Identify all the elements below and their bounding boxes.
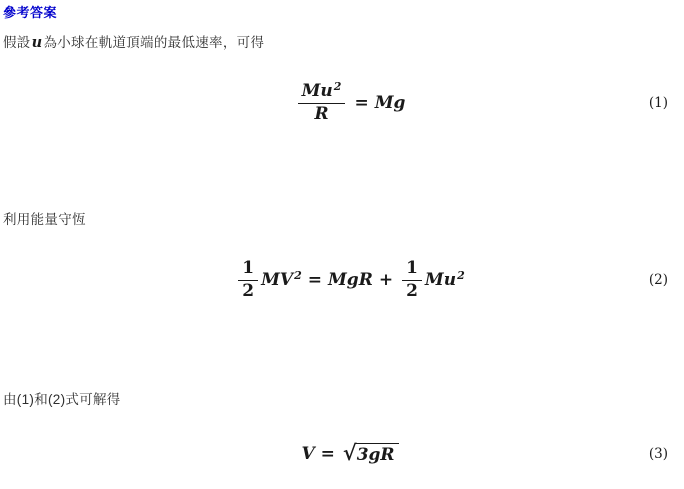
equation-3-number: (3)	[649, 446, 668, 462]
equation-2-fraction-half-left: 1 2	[238, 259, 258, 301]
answer-document: 參考答案 假設u為小球在軌道頂端的最低速率，可得 Mu2 R = Mg (1) …	[0, 0, 684, 489]
equation-2-top-speed-term: Mu2	[425, 270, 465, 290]
paragraph-assumption: 假設u為小球在軌道頂端的最低速率，可得	[3, 31, 264, 51]
equation-2-left-fraction-numerator: 1	[238, 259, 258, 281]
radical-sign-icon: √	[343, 442, 357, 463]
equation-1-row: Mu2 R = Mg (1)	[0, 78, 684, 128]
paragraph-assumption-suffix: 為小球在軌道頂端的最低速率，可得	[43, 35, 264, 50]
equation-2-potential-term: MgR	[328, 270, 373, 290]
equation-1-fraction-denominator: R	[310, 104, 332, 125]
equation-2-kinetic-term-base: MV	[261, 270, 293, 290]
equation-2-right-fraction-denominator: 2	[402, 281, 422, 302]
equation-3-equals-sign: =	[321, 444, 335, 464]
equation-2-kinetic-term: MV2	[261, 270, 302, 290]
paragraph-energy-conservation: 利用能量守恆	[3, 208, 86, 228]
equation-1-fraction-numerator: Mu2	[298, 82, 346, 104]
equation-2-equals-sign: =	[308, 270, 322, 290]
equation-3-radicand: 3gR	[355, 443, 399, 465]
equation-2-top-speed-term-base: Mu	[425, 270, 456, 290]
equation-2-right-fraction-numerator: 1	[402, 259, 422, 281]
equation-3-row: V = √ 3gR (3)	[0, 438, 684, 470]
math-variable-u: u	[31, 34, 44, 51]
equation-2-kinetic-term-exponent: 2	[294, 269, 302, 282]
equation-1-right-hand-side: Mg	[375, 93, 406, 113]
equation-2-top-speed-term-exponent: 2	[457, 269, 465, 282]
equation-2-left-fraction-denominator: 2	[238, 281, 258, 302]
page-title: 參考答案	[3, 2, 57, 21]
equation-2-number: (2)	[649, 272, 668, 288]
paragraph-assumption-prefix: 假設	[3, 35, 31, 50]
equation-2-plus-sign: +	[379, 270, 393, 290]
equation-3: V = √ 3gR	[301, 443, 398, 465]
equation-1-numerator-exponent: 2	[334, 81, 342, 94]
equation-1-numerator-base: Mu	[302, 81, 333, 101]
paragraph-solve: 由(1)和(2)式可解得	[3, 388, 121, 408]
equation-1-equals-sign: =	[354, 93, 368, 113]
equation-2: 1 2 MV2 = MgR + 1 2 Mu2	[235, 259, 465, 301]
equation-1: Mu2 R = Mg	[295, 82, 406, 124]
equation-2-row: 1 2 MV2 = MgR + 1 2 Mu2 (2)	[0, 253, 684, 307]
equation-1-fraction: Mu2 R	[298, 82, 346, 124]
equation-3-left-hand-side: V	[301, 444, 314, 464]
equation-2-fraction-half-right: 1 2	[402, 259, 422, 301]
equation-3-square-root: √ 3gR	[343, 443, 399, 465]
equation-1-number: (1)	[649, 95, 668, 111]
